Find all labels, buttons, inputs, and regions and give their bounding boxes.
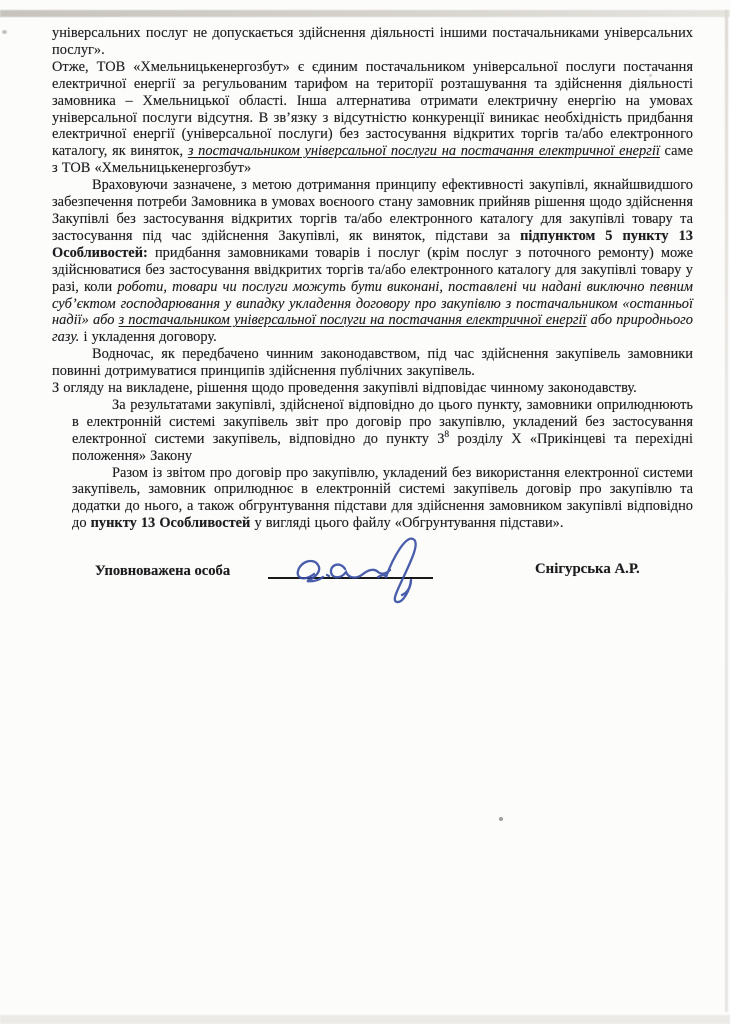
body-text: і укладення договору.	[79, 329, 216, 345]
paragraph-za-rezultatamy: За результатами закупівлі, здійсненої ві…	[72, 397, 693, 465]
scan-artifact-right-edge	[725, 10, 728, 1012]
body-text: універсальних послуг не допускається зді…	[52, 25, 693, 58]
document-body: універсальних послуг не допускається зді…	[52, 25, 693, 532]
body-text: у вигляді цього файлу «Обгрунтування під…	[250, 515, 563, 531]
paragraph-continuation: універсальних послуг не допускається зді…	[52, 25, 693, 59]
bold-clause-reference: пункту 13 Особливостей	[91, 515, 251, 531]
paragraph-razom: Разом із звітом про договір про закупівл…	[72, 465, 693, 533]
signatory-role-label: Уповноважена особа	[95, 563, 230, 580]
signatory-name: Снігурська А.Р.	[535, 561, 640, 578]
indented-block: За результатами закупівлі, здійсненої ві…	[72, 397, 693, 532]
signature-scribble	[282, 533, 448, 607]
scan-artifact-top-band	[0, 10, 730, 17]
scan-speck	[2, 30, 7, 34]
scanned-document-page: універсальних послуг не допускається зді…	[0, 0, 730, 1024]
underlined-italic-text: з постачальником універсальної послуги н…	[188, 143, 660, 159]
body-text: Водночас, як передбачено чинним законода…	[52, 346, 693, 379]
paragraph-vrakhovuyuchy: Враховуючи зазначене, з метою дотримання…	[52, 177, 693, 346]
underlined-italic-text: з постачальником універсальної послуги н…	[119, 312, 587, 328]
paragraph-zohlyadu: З огляду на викладене, рішення щодо пров…	[52, 380, 693, 397]
body-text: З огляду на викладене, рішення щодо пров…	[52, 380, 637, 396]
scan-speck	[499, 817, 503, 821]
scan-artifact-bottom-band	[0, 1015, 730, 1024]
paragraph-otzhe: Отже, ТОВ «Хмельницькенергозбут» є єдини…	[52, 59, 693, 177]
paragraph-vodnochas: Водночас, як передбачено чинним законода…	[52, 346, 693, 380]
